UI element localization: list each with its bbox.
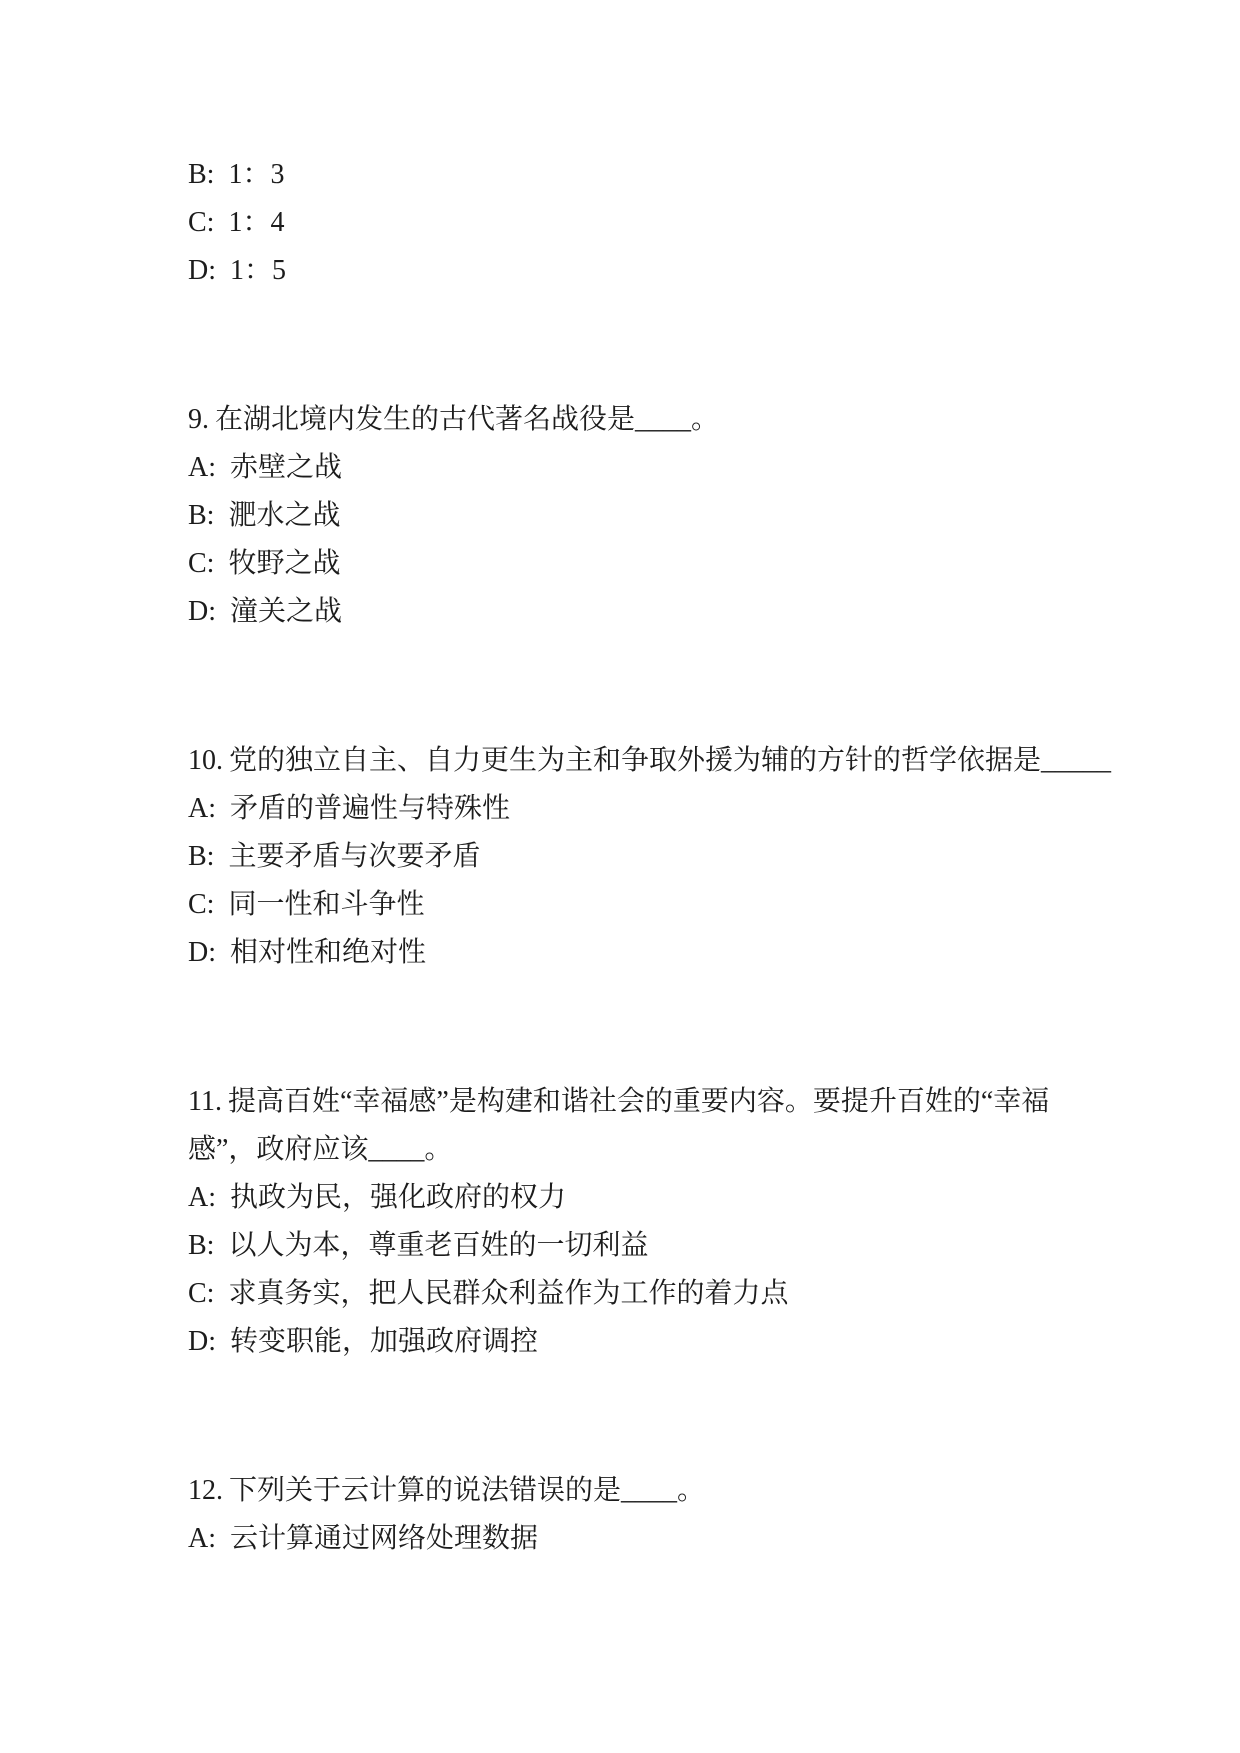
option-text: 淝水之战	[228, 500, 340, 531]
option-text: 求真务实，把人民群众利益作为工作的着力点	[228, 1278, 788, 1309]
question-stem-text: 提高百姓“幸福感”是构建和谐社会的重要内容。要提升百姓的“幸福	[228, 1086, 1049, 1117]
question-10-option-c: C:同一性和斗争性	[188, 881, 1120, 929]
option-text: 1：5	[230, 255, 286, 286]
option-text: 转变职能，加强政府调控	[230, 1326, 538, 1357]
option-label: D:	[188, 929, 216, 977]
option-text: 云计算通过网络处理数据	[230, 1523, 538, 1554]
option-label: C:	[188, 1270, 214, 1318]
question-11-option-c: C:求真务实，把人民群众利益作为工作的着力点	[188, 1270, 1120, 1318]
option-label: C:	[188, 199, 214, 247]
option-label: A:	[188, 785, 216, 833]
question-number: 10.	[188, 737, 223, 785]
question-9-option-a: A:赤壁之战	[188, 444, 1120, 492]
option-text: 1：4	[228, 207, 284, 238]
question-11-option-b: B:以人为本，尊重老百姓的一切利益	[188, 1222, 1120, 1270]
exam-document-page: B:1：3 C:1：4 D:1：5 9.在湖北境内发生的古代著名战役是____。…	[0, 0, 1240, 1753]
question-number: 9.	[188, 396, 209, 444]
question-11-stem-line-1: 11.提高百姓“幸福感”是构建和谐社会的重要内容。要提升百姓的“幸福	[188, 1078, 1120, 1126]
question-11-option-d: D:转变职能，加强政府调控	[188, 1318, 1120, 1366]
question-stem-text: 下列关于云计算的说法错误的是____。	[229, 1475, 705, 1506]
option-label: D:	[188, 247, 216, 295]
option-label: D:	[188, 588, 216, 636]
option-label: B:	[188, 1222, 214, 1270]
question-10-option-d: D:相对性和绝对性	[188, 929, 1120, 977]
option-text: 1：3	[228, 159, 284, 190]
question-11-stem-line-2: 感”，政府应该____。	[188, 1126, 1120, 1174]
question-9-option-c: C:牧野之战	[188, 540, 1120, 588]
question-number: 11.	[188, 1078, 222, 1126]
question-10-option-a: A:矛盾的普遍性与特殊性	[188, 785, 1120, 833]
option-text: 主要矛盾与次要矛盾	[228, 841, 480, 872]
question-12-option-a: A:云计算通过网络处理数据	[188, 1515, 1120, 1563]
option-text: 矛盾的普遍性与特殊性	[230, 793, 510, 824]
option-text: 潼关之战	[230, 596, 342, 627]
question-9-option-d: D:潼关之战	[188, 588, 1120, 636]
question-stem-text: 感”，政府应该____。	[188, 1134, 452, 1165]
option-label: C:	[188, 540, 214, 588]
option-text: 执政为民，强化政府的权力	[230, 1182, 566, 1213]
question-block-12: 12.下列关于云计算的说法错误的是____。 A:云计算通过网络处理数据	[188, 1467, 1120, 1563]
option-label: A:	[188, 1515, 216, 1563]
question-number: 12.	[188, 1467, 223, 1515]
option-label: B:	[188, 151, 214, 199]
question-11-option-a: A:执政为民，强化政府的权力	[188, 1174, 1120, 1222]
question-block-10: 10.党的独立自主、自力更生为主和争取外援为辅的方针的哲学依据是_____ A:…	[188, 737, 1120, 977]
question-9-stem: 9.在湖北境内发生的古代著名战役是____。	[188, 396, 1120, 444]
question-stem-text: 在湖北境内发生的古代著名战役是____。	[215, 404, 719, 435]
question-8-option-c: C:1：4	[188, 199, 1120, 247]
question-stem-text: 党的独立自主、自力更生为主和争取外援为辅的方针的哲学依据是_____	[229, 745, 1111, 776]
question-block-8: B:1：3 C:1：4 D:1：5	[188, 151, 1120, 295]
option-label: B:	[188, 492, 214, 540]
question-10-option-b: B:主要矛盾与次要矛盾	[188, 833, 1120, 881]
option-text: 赤壁之战	[230, 452, 342, 483]
question-8-option-b: B:1：3	[188, 151, 1120, 199]
option-label: C:	[188, 881, 214, 929]
option-label: A:	[188, 444, 216, 492]
option-label: A:	[188, 1174, 216, 1222]
question-block-9: 9.在湖北境内发生的古代著名战役是____。 A:赤壁之战 B:淝水之战 C:牧…	[188, 396, 1120, 636]
option-label: B:	[188, 833, 214, 881]
option-text: 以人为本，尊重老百姓的一切利益	[228, 1230, 648, 1261]
question-12-stem: 12.下列关于云计算的说法错误的是____。	[188, 1467, 1120, 1515]
question-9-option-b: B:淝水之战	[188, 492, 1120, 540]
question-8-option-d: D:1：5	[188, 247, 1120, 295]
option-text: 相对性和绝对性	[230, 937, 426, 968]
question-block-11: 11.提高百姓“幸福感”是构建和谐社会的重要内容。要提升百姓的“幸福 感”，政府…	[188, 1078, 1120, 1366]
question-10-stem: 10.党的独立自主、自力更生为主和争取外援为辅的方针的哲学依据是_____	[188, 737, 1120, 785]
option-label: D:	[188, 1318, 216, 1366]
option-text: 牧野之战	[228, 548, 340, 579]
option-text: 同一性和斗争性	[228, 889, 424, 920]
